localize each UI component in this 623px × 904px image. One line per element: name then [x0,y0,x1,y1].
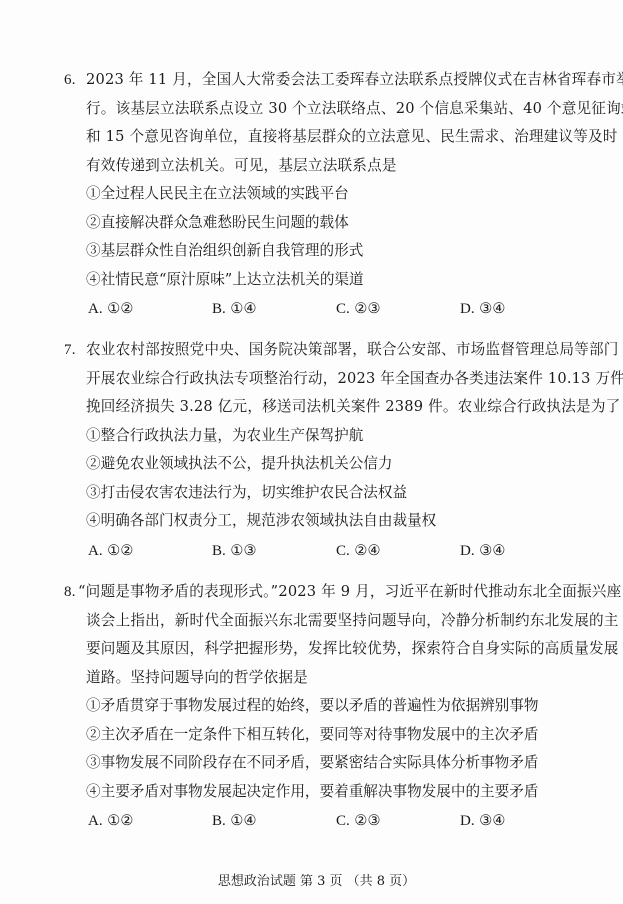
choice-letter: D. [460,301,475,317]
choice-d: D. ③④ [460,294,505,324]
statement-3: ③事物发展不同阶段存在不同矛盾，要紧密结合实际具体分析事物矛盾 [64,749,584,778]
choice-letter: B. [212,543,226,559]
choice-a: A. ①② [88,294,133,324]
choice-letter: C. [336,301,350,317]
question-stem-text: “问题是事物矛盾的表现形式。”2023 年 9 月，习近平在新时代推动东北全面振… [78,578,621,607]
question-stem-text: 挽回经济损失 3.28 亿元，移送司法机关案件 2389 件。农业综合行政执法是… [86,393,620,422]
choice-d: D. ③④ [460,536,505,566]
choice-letter: B. [212,301,226,317]
choice-a: A. ①② [88,536,133,566]
choice-letter: B. [212,813,226,829]
question-stem-text: 有效传递到立法机关。可见，基层立法联系点是 [86,152,397,181]
statement-4: ④明确各部门权责分工，规范涉农领域执法自由裁量权 [64,507,584,536]
choice-value: ③④ [479,812,505,829]
choice-letter: D. [460,543,475,559]
choice-b: B. ①④ [212,806,257,836]
choice-value: ①② [107,542,133,559]
question-stem-text: 行。该基层立法联系点设立 30 个立法联络点、20 个信息采集站、40 个意见征… [86,95,623,124]
question-stem-line: 要问题及其原因，科学把握形势，发挥比较优势，探索符合自身实际的高质量发展 [64,635,584,664]
statement-4: ④主要矛盾对事物发展起决定作用，要着重解决事物发展中的主要矛盾 [64,778,584,807]
question-8: 8. “问题是事物矛盾的表现形式。”2023 年 9 月，习近平在新时代推动东北… [64,578,584,836]
page-footer: 思想政治试题 第 3 页 （共 8 页） [0,873,623,891]
question-stem-text: 和 15 个意见咨询单位，直接将基层群众的立法意见、民生需求、治理建议等及时 [86,123,618,152]
statement-text: ①整合行政执法力量，为农业生产保驾护航 [86,422,363,451]
choice-value: ①② [107,812,133,829]
question-stem-text: 开展农业综合行政执法专项整治行动，2023 年全国查办各类违法案件 10.13 … [86,365,623,394]
answer-choices: A. ①② B. ①③ C. ②④ D. ③④ [64,536,584,566]
statement-text: ④明确各部门权责分工，规范涉农领域执法自由裁量权 [86,507,436,536]
statement-1: ①整合行政执法力量，为农业生产保驾护航 [64,422,584,451]
question-stem-line: 有效传递到立法机关。可见，基层立法联系点是 [64,152,584,181]
question-stem-line: 挽回经济损失 3.28 亿元，移送司法机关案件 2389 件。农业综合行政执法是… [64,393,584,422]
question-stem-text: 2023 年 11 月，全国人大常委会法工委珲春立法联系点授牌仪式在吉林省珲春市… [86,66,623,95]
statement-text: ③打击侵农害农违法行为，切实维护农民合法权益 [86,479,407,508]
question-stem-text: 要问题及其原因，科学把握形势，发挥比较优势，探索符合自身实际的高质量发展 [86,635,619,664]
question-stem-line: 开展农业综合行政执法专项整治行动，2023 年全国查办各类违法案件 10.13 … [64,365,584,394]
statement-2: ②直接解决群众急难愁盼民生问题的载体 [64,209,584,238]
choice-c: C. ②③ [336,294,381,324]
question-stem-line: 6. 2023 年 11 月，全国人大常委会法工委珲春立法联系点授牌仪式在吉林省… [64,66,584,95]
choice-b: B. ①③ [212,536,257,566]
choice-letter: D. [460,813,475,829]
exam-page: 6. 2023 年 11 月，全国人大常委会法工委珲春立法联系点授牌仪式在吉林省… [0,0,623,904]
question-stem-line: 8. “问题是事物矛盾的表现形式。”2023 年 9 月，习近平在新时代推动东北… [64,578,584,607]
statement-text: ①全过程人民民主在立法领域的实践平台 [86,180,349,209]
answer-choices: A. ①② B. ①④ C. ②③ D. ③④ [64,294,584,324]
choice-value: ②③ [354,812,380,829]
choice-c: C. ②③ [336,806,381,836]
question-number: 7. [64,336,76,365]
choice-letter: A. [88,543,103,559]
question-stem-line: 道路。坚持问题导向的哲学依据是 [64,664,584,693]
question-stem-line: 和 15 个意见咨询单位，直接将基层群众的立法意见、民生需求、治理建议等及时 [64,123,584,152]
choice-value: ②④ [354,542,380,559]
statement-text: ①矛盾贯穿于事物发展过程的始终，要以矛盾的普遍性为依据辨别事物 [86,692,538,721]
statement-text: ②主次矛盾在一定条件下相互转化，要同等对待事物发展中的主次矛盾 [86,721,538,750]
question-stem-line: 行。该基层立法联系点设立 30 个立法联络点、20 个信息采集站、40 个意见征… [64,95,584,124]
statement-1: ①矛盾贯穿于事物发展过程的始终，要以矛盾的普遍性为依据辨别事物 [64,692,584,721]
choice-value: ①④ [230,812,256,829]
choice-a: A. ①② [88,806,133,836]
question-7: 7. 农业农村部按照党中央、国务院决策部署，联合公安部、市场监督管理总局等部门 … [64,336,584,566]
statement-3: ③基层群众性自治组织创新自我管理的形式 [64,237,584,266]
question-stem-line: 谈会上指出，新时代全面振兴东北需要坚持问题导向，冷静分析制约东北发展的主 [64,607,584,636]
question-stem-text: 农业农村部按照党中央、国务院决策部署，联合公安部、市场监督管理总局等部门 [86,336,619,365]
choice-letter: A. [88,301,103,317]
choice-c: C. ②④ [336,536,381,566]
choice-value: ①④ [230,300,256,317]
question-stem-line: 7. 农业农村部按照党中央、国务院决策部署，联合公安部、市场监督管理总局等部门 [64,336,584,365]
choice-value: ②③ [354,300,380,317]
statement-text: ③事物发展不同阶段存在不同矛盾，要紧密结合实际具体分析事物矛盾 [86,749,538,778]
statement-1: ①全过程人民民主在立法领域的实践平台 [64,180,584,209]
choice-b: B. ①④ [212,294,257,324]
question-stem-text: 道路。坚持问题导向的哲学依据是 [86,664,308,693]
statement-text: ④社情民意“原汁原味”上达立法机关的渠道 [86,266,364,295]
statement-text: ②避免农业领域执法不公，提升执法机关公信力 [86,450,392,479]
statement-2: ②主次矛盾在一定条件下相互转化，要同等对待事物发展中的主次矛盾 [64,721,584,750]
statement-4: ④社情民意“原汁原味”上达立法机关的渠道 [64,266,584,295]
statement-text: ②直接解决群众急难愁盼民生问题的载体 [86,209,349,238]
choice-letter: C. [336,813,350,829]
choice-value: ③④ [479,542,505,559]
question-number: 6. [64,66,76,95]
choice-value: ③④ [479,300,505,317]
question-stem-text: 谈会上指出，新时代全面振兴东北需要坚持问题导向，冷静分析制约东北发展的主 [86,607,619,636]
choice-letter: A. [88,813,103,829]
question-number: 8. [64,578,76,607]
statement-3: ③打击侵农害农违法行为，切实维护农民合法权益 [64,479,584,508]
answer-choices: A. ①② B. ①④ C. ②③ D. ③④ [64,806,584,836]
question-6: 6. 2023 年 11 月，全国人大常委会法工委珲春立法联系点授牌仪式在吉林省… [64,66,584,324]
statement-2: ②避免农业领域执法不公，提升执法机关公信力 [64,450,584,479]
choice-letter: C. [336,543,350,559]
choice-value: ①③ [230,542,256,559]
choice-d: D. ③④ [460,806,505,836]
choice-value: ①② [107,300,133,317]
statement-text: ③基层群众性自治组织创新自我管理的形式 [86,237,363,266]
statement-text: ④主要矛盾对事物发展起决定作用，要着重解决事物发展中的主要矛盾 [86,778,538,807]
